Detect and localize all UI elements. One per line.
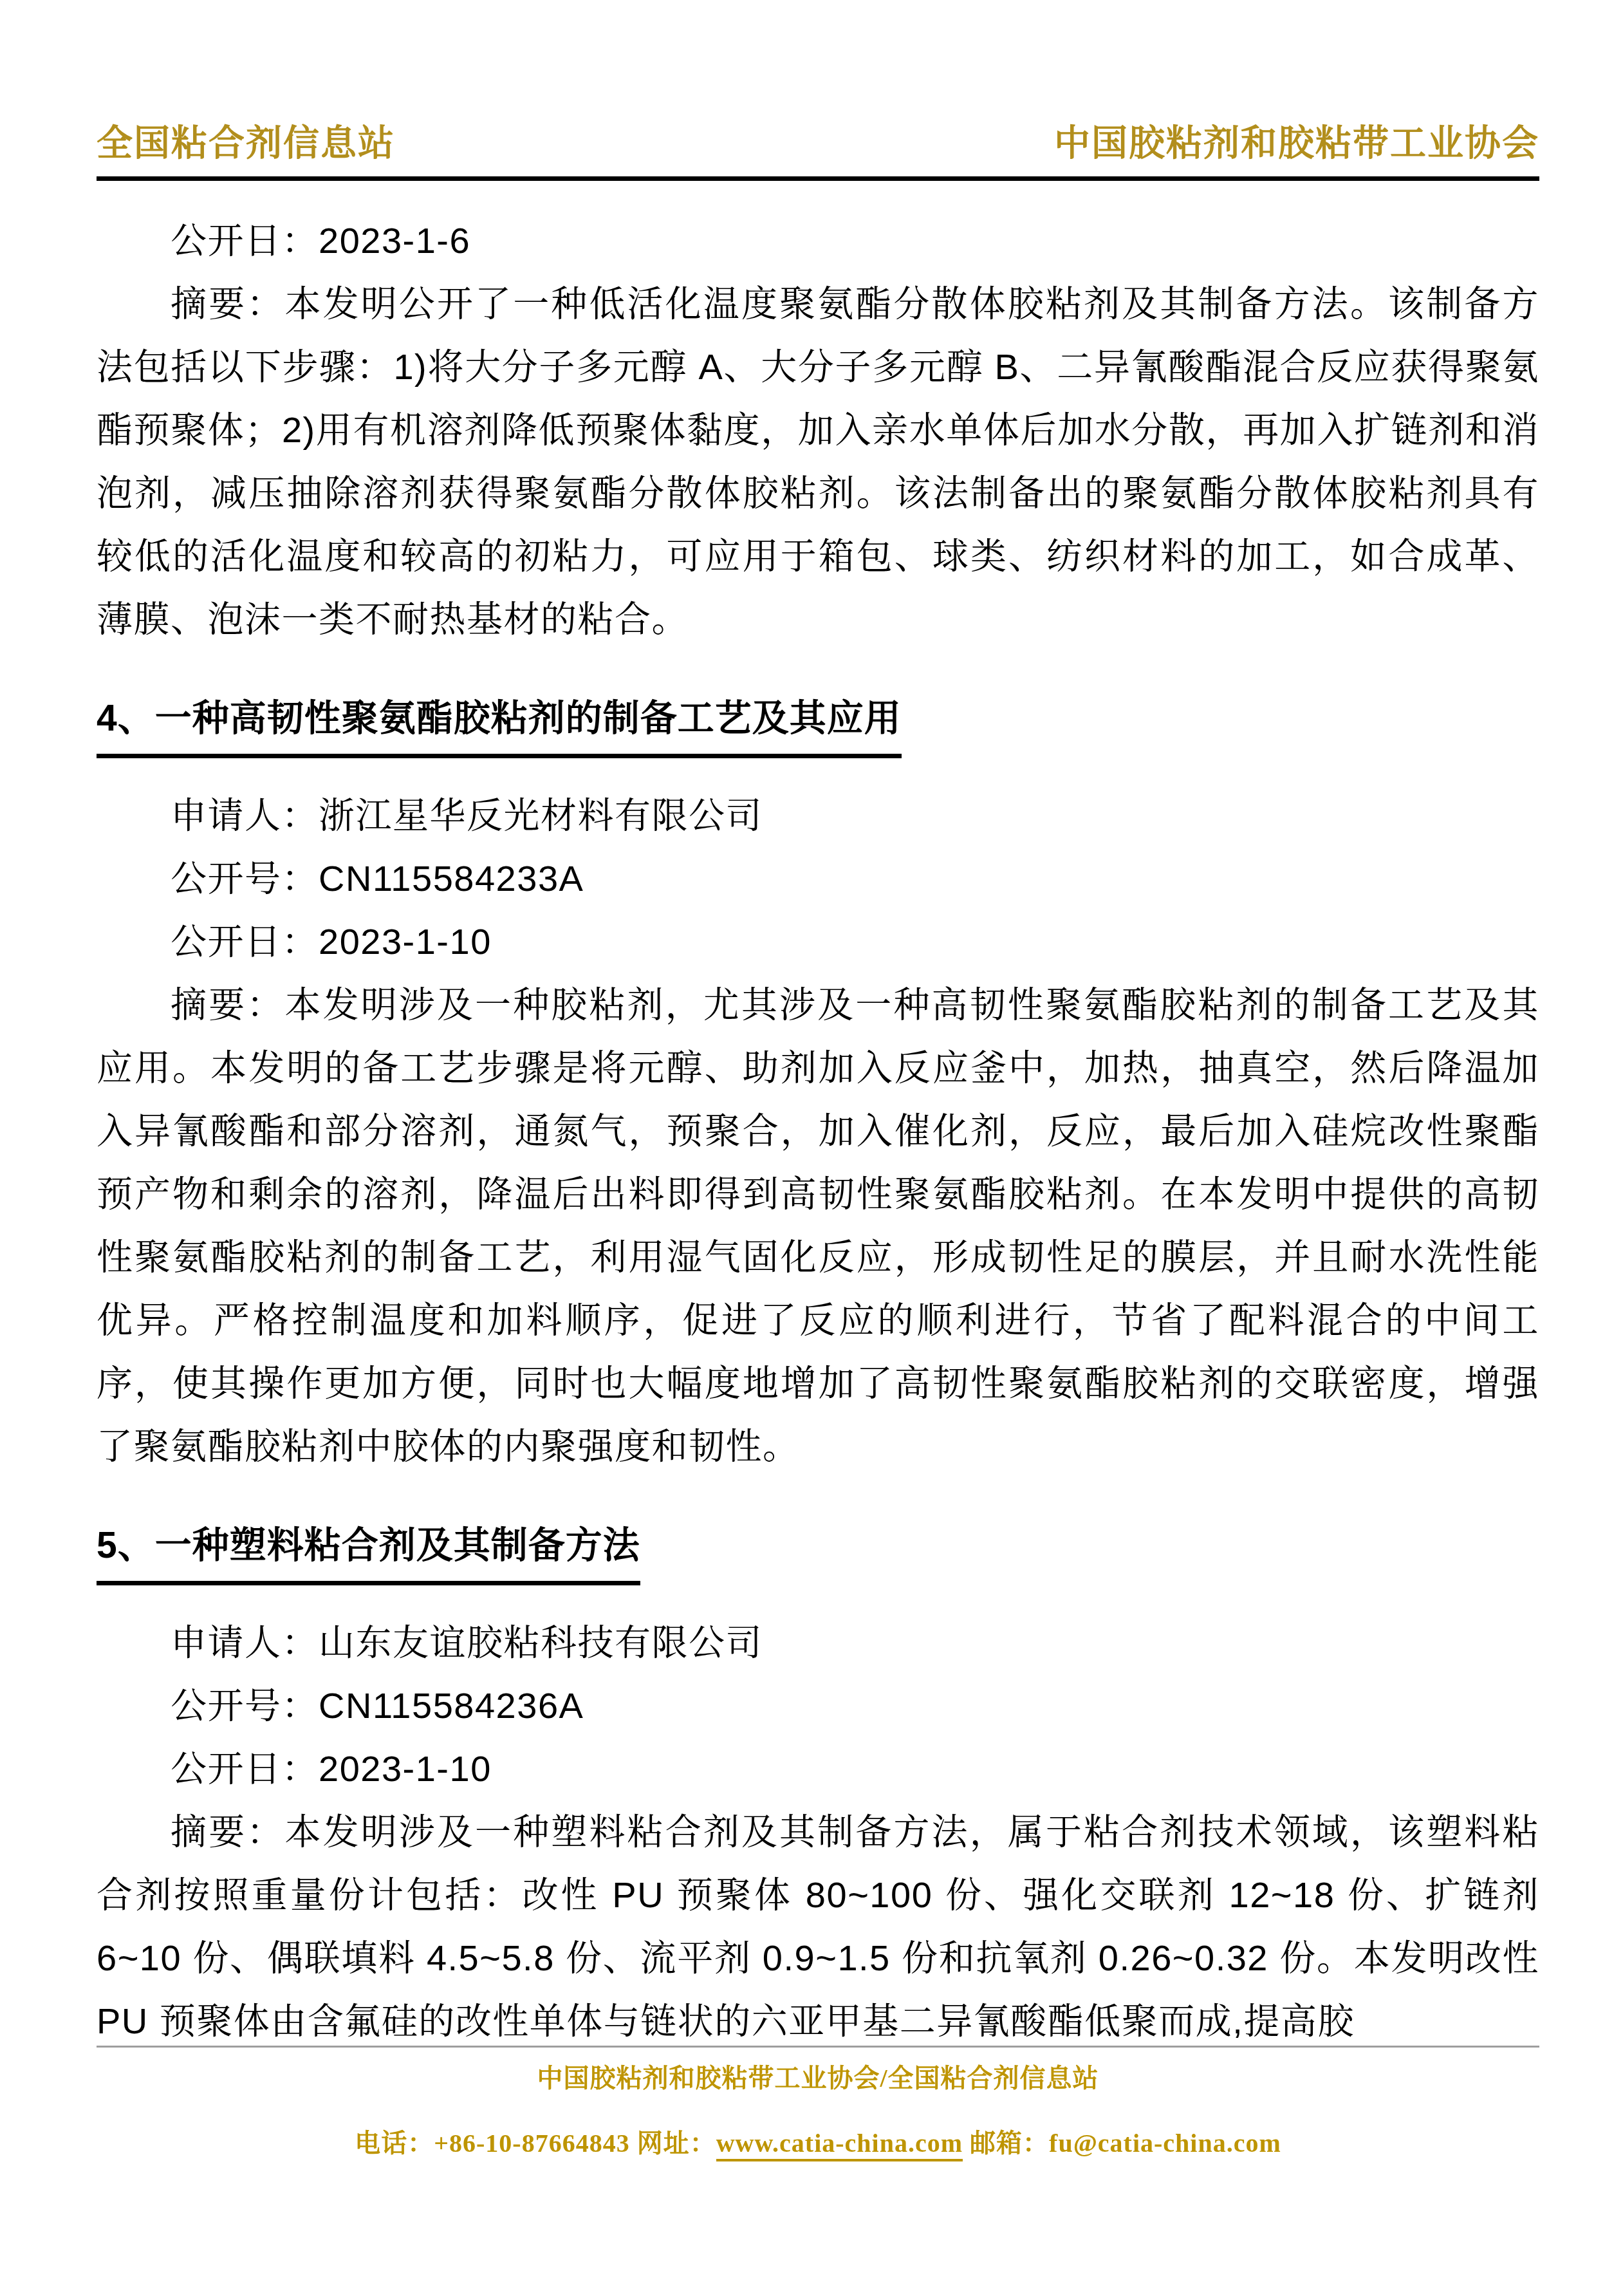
document-page: 全国粘合剂信息站 中国胶粘剂和胶粘带工业协会 公开日：2023-1-6 摘要：本…: [0, 0, 1623, 2296]
page-header: 全国粘合剂信息站 中国胶粘剂和胶粘带工业协会: [97, 115, 1539, 181]
entry-4-abstract: 摘要：本发明涉及一种胶粘剂，尤其涉及一种高韧性聚氨酯胶粘剂的制备工艺及其应用。本…: [97, 973, 1539, 1478]
footer-email-label: 邮箱：fu@catia-china.com: [963, 2129, 1281, 2158]
entry-4-heading-text: 4、一种高韧性聚氨酯胶粘剂的制备工艺及其应用: [97, 687, 902, 758]
entry-4-applicant: 申请人：浙江星华反光材料有限公司: [97, 784, 1539, 847]
footer-contact-line: 电话：+86-10-87664843 网址：www.catia-china.co…: [97, 2123, 1539, 2160]
document-body: 公开日：2023-1-6 摘要：本发明公开了一种低活化温度聚氨酯分散体胶粘剂及其…: [97, 209, 1539, 2053]
entry-5-abstract: 摘要：本发明涉及一种塑料粘合剂及其制备方法，属于粘合剂技术领域，该塑料粘合剂按照…: [97, 1800, 1539, 2053]
entry-5-pub-number: 公开号：CN115584236A: [97, 1674, 1539, 1737]
prev-entry-abstract: 摘要：本发明公开了一种低活化温度聚氨酯分散体胶粘剂及其制备方法。该制备方法包括以…: [97, 272, 1539, 651]
entry-4-heading: 4、一种高韧性聚氨酯胶粘剂的制备工艺及其应用: [97, 687, 1539, 758]
header-association-name: 中国胶粘剂和胶粘带工业协会: [1054, 115, 1539, 166]
footer-org-line: 中国胶粘剂和胶粘带工业协会/全国粘合剂信息站: [97, 2058, 1539, 2095]
entry-5-applicant: 申请人：山东友谊胶粘科技有限公司: [97, 1611, 1539, 1674]
entry-5-heading-text: 5、一种塑料粘合剂及其制备方法: [97, 1514, 640, 1585]
footer-phone-web-label: 电话：+86-10-87664843 网址：: [355, 2129, 716, 2158]
page-footer: 中国胶粘剂和胶粘带工业协会/全国粘合剂信息站 电话：+86-10-8766484…: [97, 2046, 1539, 2160]
entry-4-pub-number: 公开号：CN115584233A: [97, 847, 1539, 910]
entry-4-pub-date: 公开日：2023-1-10: [97, 910, 1539, 973]
entry-5-pub-date: 公开日：2023-1-10: [97, 1737, 1539, 1800]
entry-5-heading: 5、一种塑料粘合剂及其制备方法: [97, 1514, 1539, 1585]
header-site-name: 全国粘合剂信息站: [97, 115, 395, 166]
prev-entry-pub-date: 公开日：2023-1-6: [97, 209, 1539, 272]
website-link[interactable]: www.catia-china.com: [716, 2129, 963, 2161]
